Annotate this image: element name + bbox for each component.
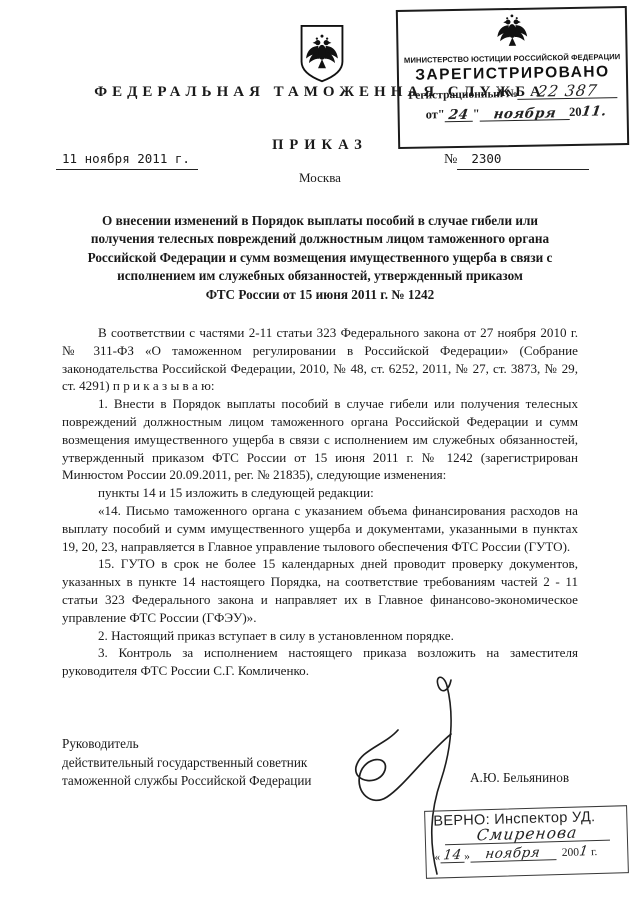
certification-year-handwritten: 1 xyxy=(578,843,589,859)
doc-paragraph: В соответствии с частями 2-11 статьи 323… xyxy=(62,324,578,395)
doc-paragraph: «14. Письмо таможенного органа с указани… xyxy=(62,502,578,555)
stamp-reg-number-label: Регистрационный № xyxy=(408,88,517,102)
stamp-date-day-handwritten: 24 xyxy=(448,109,469,121)
doc-paragraph: 1. Внести в Порядок выплаты пособий в сл… xyxy=(62,395,578,484)
signer-name: А.Ю. Бельянинов xyxy=(470,770,569,786)
stamp-eagle-icon xyxy=(495,14,528,54)
signer-position-line: Руководитель xyxy=(62,735,311,754)
document-page: ФЕДЕРАЛЬНАЯ ТАМОЖЕННАЯ СЛУЖБА МИНИСТЕРСТ… xyxy=(0,0,640,900)
doc-title-line: исполнением им служебных обязанностей, у… xyxy=(56,267,584,285)
doc-title-line: получения телесных повреждений должностн… xyxy=(56,230,584,248)
signer-position-block: Руководительдействительный государственн… xyxy=(62,735,311,791)
signer-position-line: таможенной службы Российской Федерации xyxy=(62,772,311,791)
doc-title: О внесении изменений в Порядок выплаты п… xyxy=(56,212,584,304)
doc-paragraph: пункты 14 и 15 изложить в следующей реда… xyxy=(62,484,578,502)
certification-stamp: ВЕРНО: Инспектор УД. Смиренова « 14 » но… xyxy=(424,805,629,879)
certification-day-handwritten: 14 xyxy=(442,850,462,862)
certification-year-printed: 200 xyxy=(562,847,580,859)
certification-year-suffix: г. xyxy=(591,846,598,858)
stamp-registration-number-row: Регистрационный № 22 387 xyxy=(399,84,626,102)
doc-body: В соответствии с частями 2-11 статьи 323… xyxy=(62,324,578,680)
inspector-signature-handwritten: Смиренова xyxy=(476,826,578,843)
doc-title-line: О внесении изменений в Порядок выплаты п… xyxy=(56,212,584,230)
coat-of-arms-shield-icon xyxy=(299,21,345,87)
stamp-reg-number-handwritten: 22 387 xyxy=(536,85,598,99)
signer-position-line: действительный государственный советник xyxy=(62,754,311,773)
certification-date-row: « 14 » ноября 2001 г. xyxy=(434,842,621,863)
doc-number-row: № 2300 xyxy=(444,151,589,170)
doc-paragraph: 15. ГУТО в срок не более 15 календарных … xyxy=(62,555,578,626)
stamp-year-handwritten: 11. xyxy=(580,103,607,119)
doc-number-value: 2300 xyxy=(457,151,589,170)
doc-date: 11 ноября 2011 г. xyxy=(56,151,198,170)
doc-title-line: Российской Федерации и сумм возмещения и… xyxy=(56,249,584,267)
stamp-date-month-handwritten: ноября xyxy=(492,107,556,120)
stamp-date-prefix: от xyxy=(426,107,438,122)
doc-paragraph: 3. Контроль за исполнением настоящего пр… xyxy=(62,644,578,680)
doc-number-sign: № xyxy=(444,152,457,170)
double-headed-eagle-icon xyxy=(306,35,338,69)
doc-city: Москва xyxy=(0,170,640,186)
stamp-registration-date-row: от " 24 " ноября 20 11. xyxy=(399,103,626,123)
doc-paragraph: 2. Настоящий приказ вступает в силу в ус… xyxy=(62,627,578,645)
doc-title-line: ФТС России от 15 июня 2011 г. № 1242 xyxy=(56,286,584,304)
minjust-registration-stamp: МИНИСТЕРСТВО ЮСТИЦИИ РОССИЙСКОЙ ФЕДЕРАЦИ… xyxy=(396,6,629,149)
certification-month-handwritten: ноября xyxy=(485,848,541,861)
